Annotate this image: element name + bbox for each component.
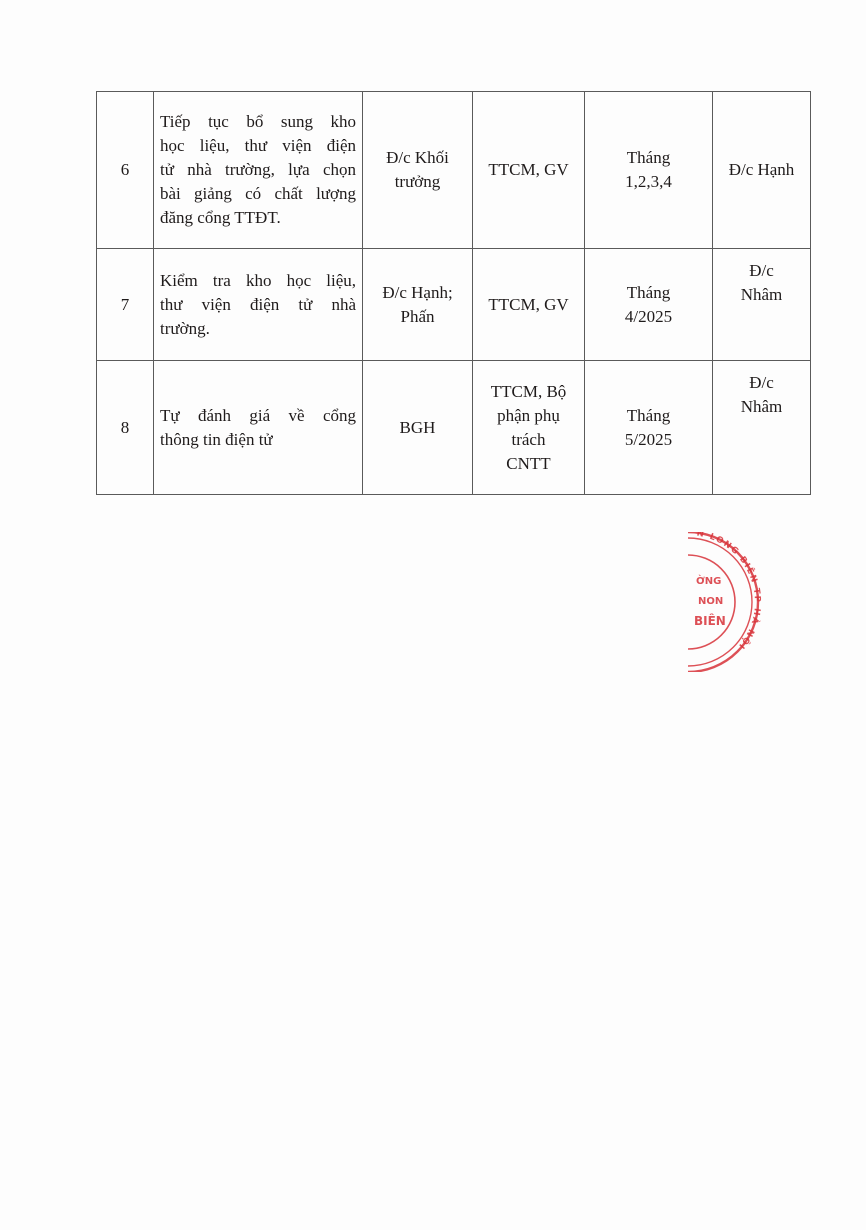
inspector: Đ/c Nhâm xyxy=(713,361,811,495)
table-row: 8 Tự đánh giá về cổng thông tin điện tử … xyxy=(97,361,811,495)
task-content: Tiếp tục bổ sung kho học liệu, thư viện … xyxy=(154,92,363,249)
row-number: 7 xyxy=(97,249,154,361)
person-in-charge: BGH xyxy=(363,361,473,495)
task-content: Tự đánh giá về cổng thông tin điện tử xyxy=(154,361,363,495)
person-in-charge: Đ/c Khối trưởng xyxy=(363,92,473,249)
seal-icon: ỜNG NON BIÊN N LONG BIÊN TP HÀ NỘI xyxy=(688,532,768,672)
row-number: 6 xyxy=(97,92,154,249)
inspector: Đ/c Hạnh xyxy=(713,92,811,249)
timeline: Tháng 4/2025 xyxy=(585,249,713,361)
document-page: 6 Tiếp tục bổ sung kho học liệu, thư việ… xyxy=(0,0,866,1230)
seal-text-line-2: NON xyxy=(698,596,723,607)
coordinator: TTCM, GV xyxy=(473,92,585,249)
coordinator: TTCM, GV xyxy=(473,249,585,361)
official-seal-stamp: ỜNG NON BIÊN N LONG BIÊN TP HÀ NỘI xyxy=(688,532,768,672)
person-in-charge: Đ/c Hạnh; Phấn xyxy=(363,249,473,361)
timeline: Tháng 5/2025 xyxy=(585,361,713,495)
svg-text:N LONG BIÊN TP HÀ NỘI: N LONG BIÊN TP HÀ NỘI xyxy=(696,532,762,651)
row-number: 8 xyxy=(97,361,154,495)
activity-plan-table: 6 Tiếp tục bổ sung kho học liệu, thư việ… xyxy=(96,91,811,495)
seal-text-line-1: ỜNG xyxy=(696,574,721,587)
seal-text-line-3: BIÊN xyxy=(694,613,726,628)
coordinator: TTCM, Bộ phận phụ trách CNTT xyxy=(473,361,585,495)
task-content: Kiểm tra kho học liệu, thư viện điện tử … xyxy=(154,249,363,361)
timeline: Tháng 1,2,3,4 xyxy=(585,92,713,249)
table-row: 6 Tiếp tục bổ sung kho học liệu, thư việ… xyxy=(97,92,811,249)
table-row: 7 Kiểm tra kho học liệu, thư viện điện t… xyxy=(97,249,811,361)
seal-outer-text: N LONG BIÊN TP HÀ NỘI xyxy=(696,532,762,651)
inspector: Đ/c Nhâm xyxy=(713,249,811,361)
